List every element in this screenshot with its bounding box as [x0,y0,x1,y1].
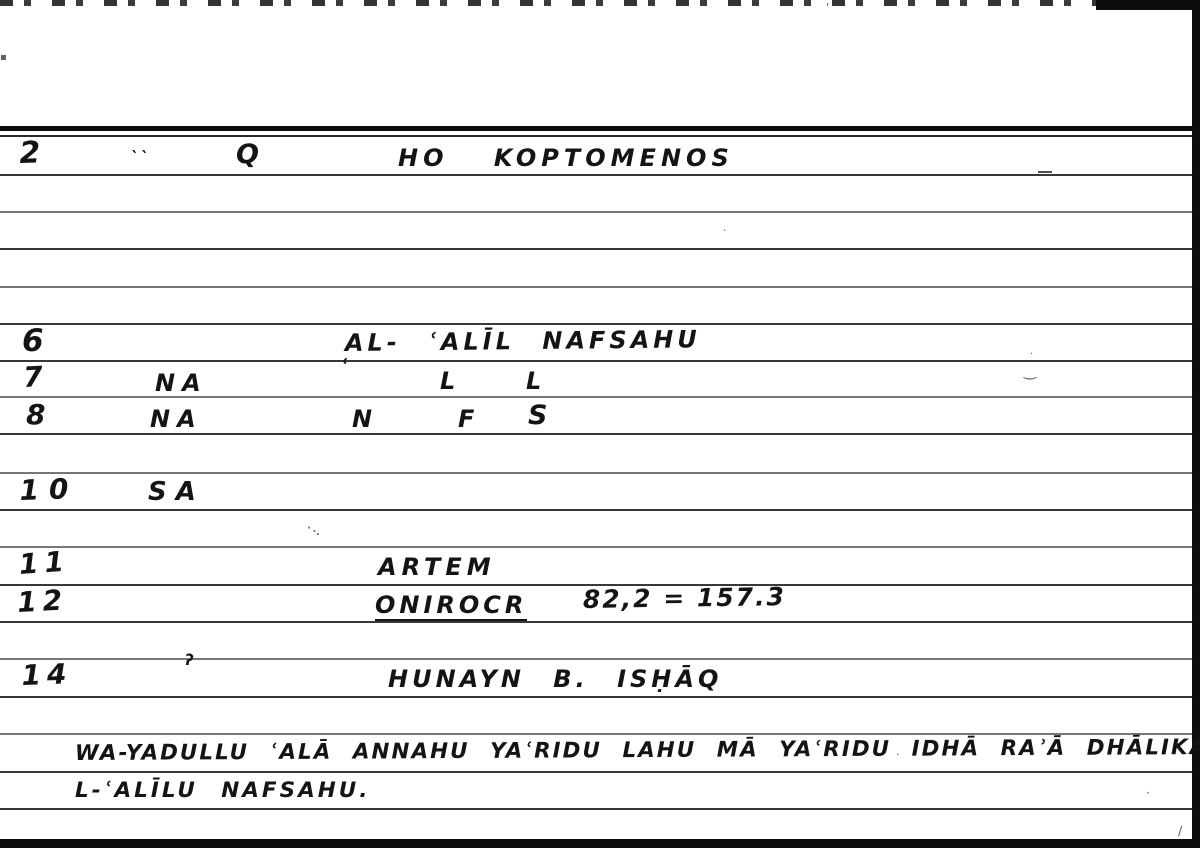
pen-mark: ˋˋ [130,150,150,166]
ruled-line [0,360,1193,362]
work-abbreviation: ONIROCR [375,593,527,621]
ruled-line [0,174,1193,176]
ruled-line [0,621,1193,623]
collation-letters: NA [155,371,208,395]
ruled-line [0,286,1193,288]
arabic-transcription-line2: L-ʿALĪLU NAFSAHU. [75,780,370,802]
line-number-14: 14 [21,660,73,690]
ruled-line [0,771,1193,773]
arabic-transcription-line1: WA-YADULLU ʿALĀ ANNAHU YAʿRIDU LAHU MĀ Y… [75,737,1200,764]
pen-mark: ʔ [185,653,194,668]
scan-speck: ▪ [0,52,7,63]
collation-letter: L [526,369,541,393]
scan-speck: · [723,224,727,237]
ruled-line [0,808,1193,810]
collation-letter: S [528,402,547,429]
scan-edge-top-right [1096,0,1200,10]
ruled-line [0,135,1193,137]
ruled-line [0,126,1193,131]
collation-letters: NA [150,407,203,431]
line-number-2: 2 [19,138,47,169]
line-number-8: 8 [26,401,51,429]
translator-name: HUNAYN B. ISḤĀQ [388,667,722,691]
line-number-11: 11 [18,548,71,579]
manuscript-siglum-q: Q [236,141,259,168]
scan-speck: · [1146,786,1150,800]
collation-letter: N [352,407,372,431]
line-number-12: 12 [17,586,69,617]
ruled-line [0,248,1193,250]
scan-speck: ‿ [1024,362,1036,380]
line-number-6: 6 [22,326,50,357]
scan-speck: ⠈⠢ [303,525,321,539]
ayn-mark: ʿ [340,358,348,380]
ruled-line [0,658,1193,660]
scan-edge-top [0,0,1200,6]
collation-letter: F [458,407,474,431]
collation-letter: L [440,369,455,393]
line-number-7: 7 [23,363,50,392]
author-abbreviation: ARTEM [378,555,496,579]
scan-speck: ∕ [1178,824,1182,839]
index-card: 2 ˋˋ Q HO KOPTOMENOS 6 AL- ʿALĪL NAFSAHU… [0,0,1200,854]
arabic-lemma: AL- ʿALĪL NAFSAHU [345,327,701,355]
ruled-line [0,696,1193,698]
ruled-line [0,733,1193,735]
reference-numbers: 82,2 = 157.3 [583,584,786,612]
ruled-line [0,323,1193,325]
ruled-line [0,546,1193,548]
ruled-line [0,211,1193,213]
ruled-line-bottom [0,839,1193,848]
ruled-line [0,472,1193,474]
scan-speck: · [1030,349,1033,360]
line-number-10: 10 [19,475,79,505]
collation-letters: SA [148,479,205,505]
scan-speck: ʹ [826,2,829,16]
scan-speck: · [896,748,900,761]
scan-speck [1038,171,1052,173]
ruled-line [0,509,1193,511]
scan-edge-right [1192,0,1200,848]
ruled-line [0,433,1193,435]
greek-lemma: HO KOPTOMENOS [398,146,734,170]
